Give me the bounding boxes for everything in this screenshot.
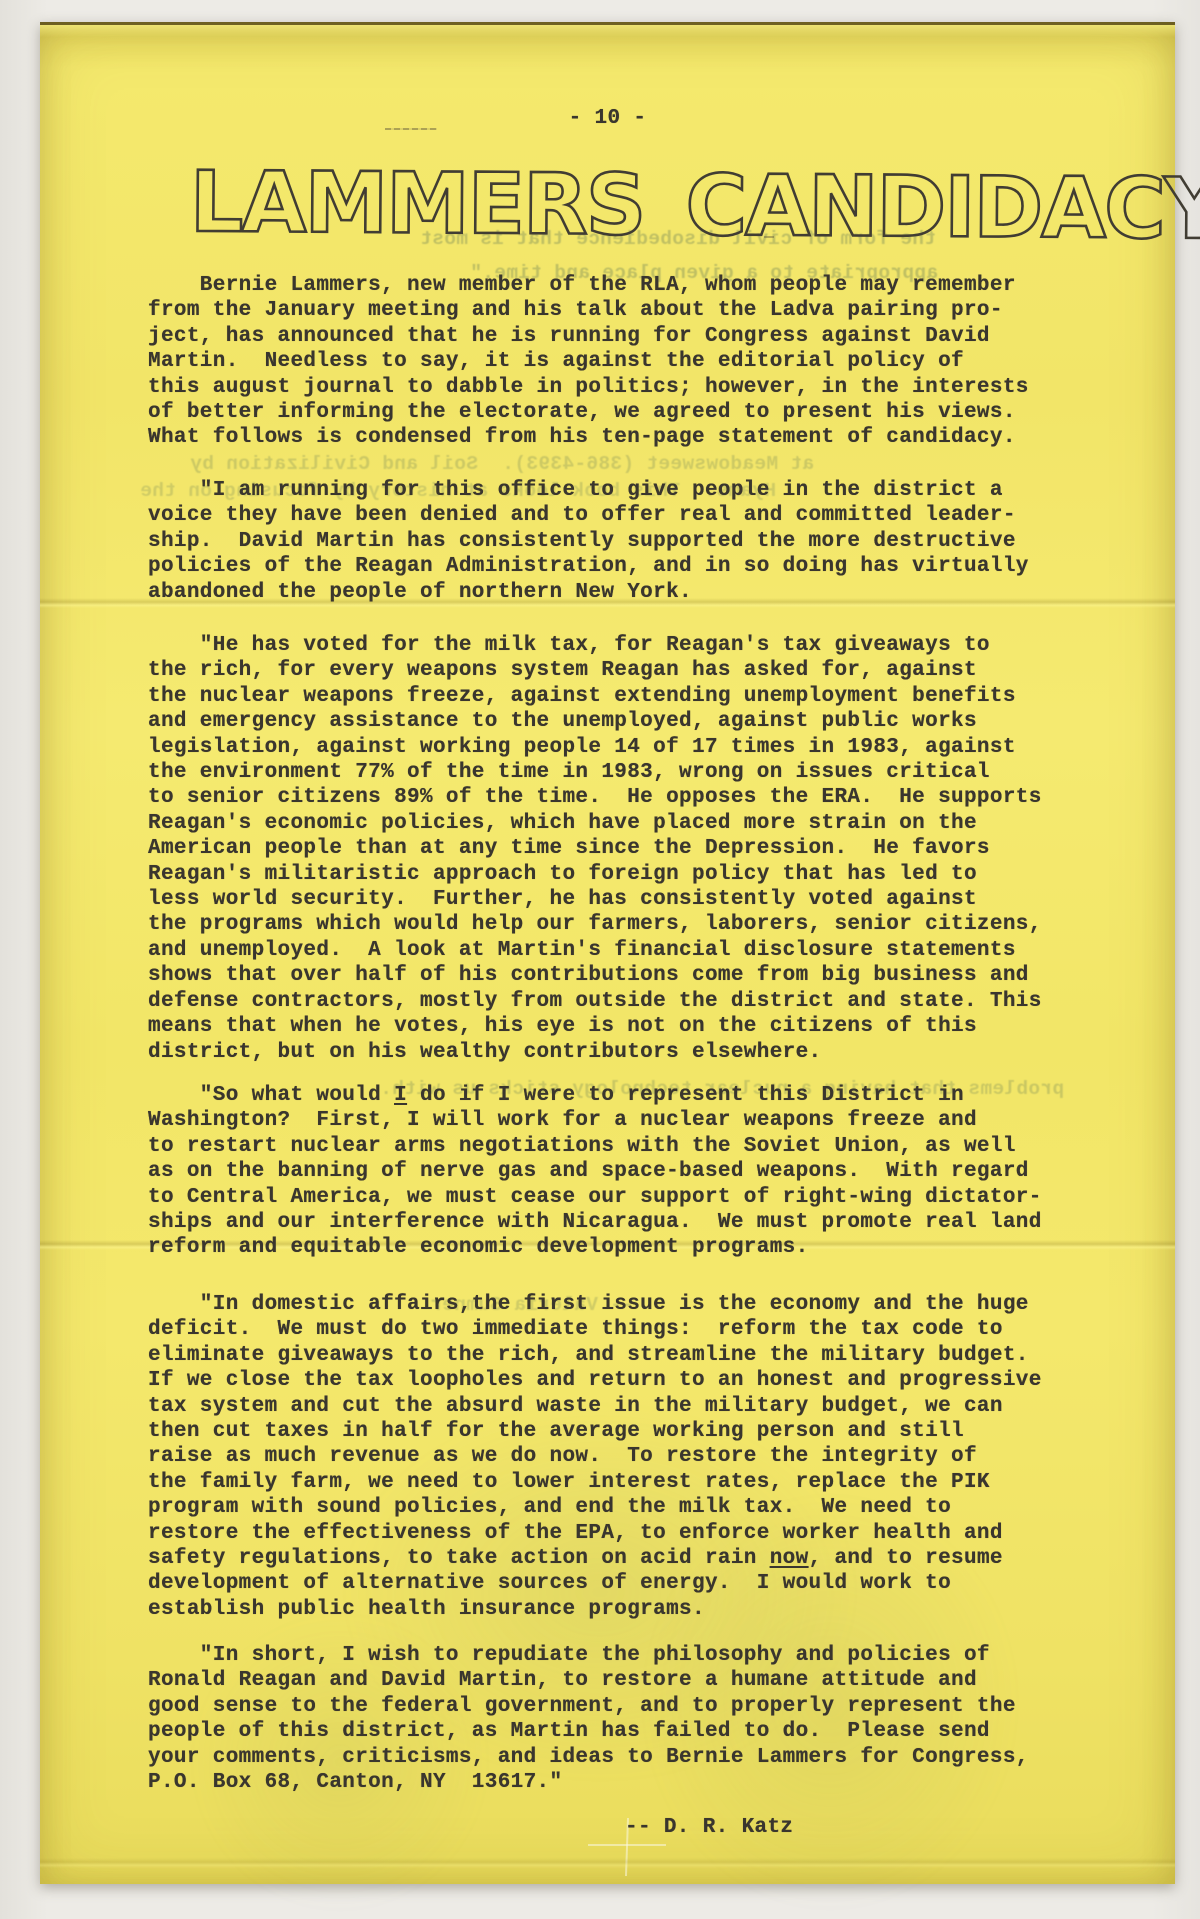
byline-signature: -- D. R. Katz (625, 1815, 793, 1840)
fold-crease (40, 1858, 1175, 1868)
tape-scratch-mark (588, 1844, 666, 1846)
article-title: LAMMERS CANDIDACY (190, 153, 1091, 257)
scan-background: the form of civil disobedience that is m… (0, 0, 1200, 1919)
paragraph-voting-record: "He has voted for the milk tax, for Reag… (148, 633, 1042, 1065)
paragraph-running-for-office: "I am running for this office to give pe… (148, 478, 1029, 605)
bleedthrough-line: at Meadowsweet (386-4393). Soil and Civi… (190, 453, 814, 475)
paragraph-domestic-affairs: "In domestic affairs,the first issue is … (148, 1292, 1042, 1622)
paper-top-highlight (40, 25, 1175, 37)
paragraph-closing: "In short, I wish to repudiate the philo… (148, 1643, 1029, 1795)
paragraph-foreign-policy: "So what would I do if I were to represe… (148, 1083, 1042, 1261)
paragraph-intro: Bernie Lammers, new member of the RLA, w… (148, 273, 1029, 451)
newsletter-page: the form of civil disobedience that is m… (40, 22, 1175, 1884)
page-number: - 10 - (40, 106, 1175, 131)
